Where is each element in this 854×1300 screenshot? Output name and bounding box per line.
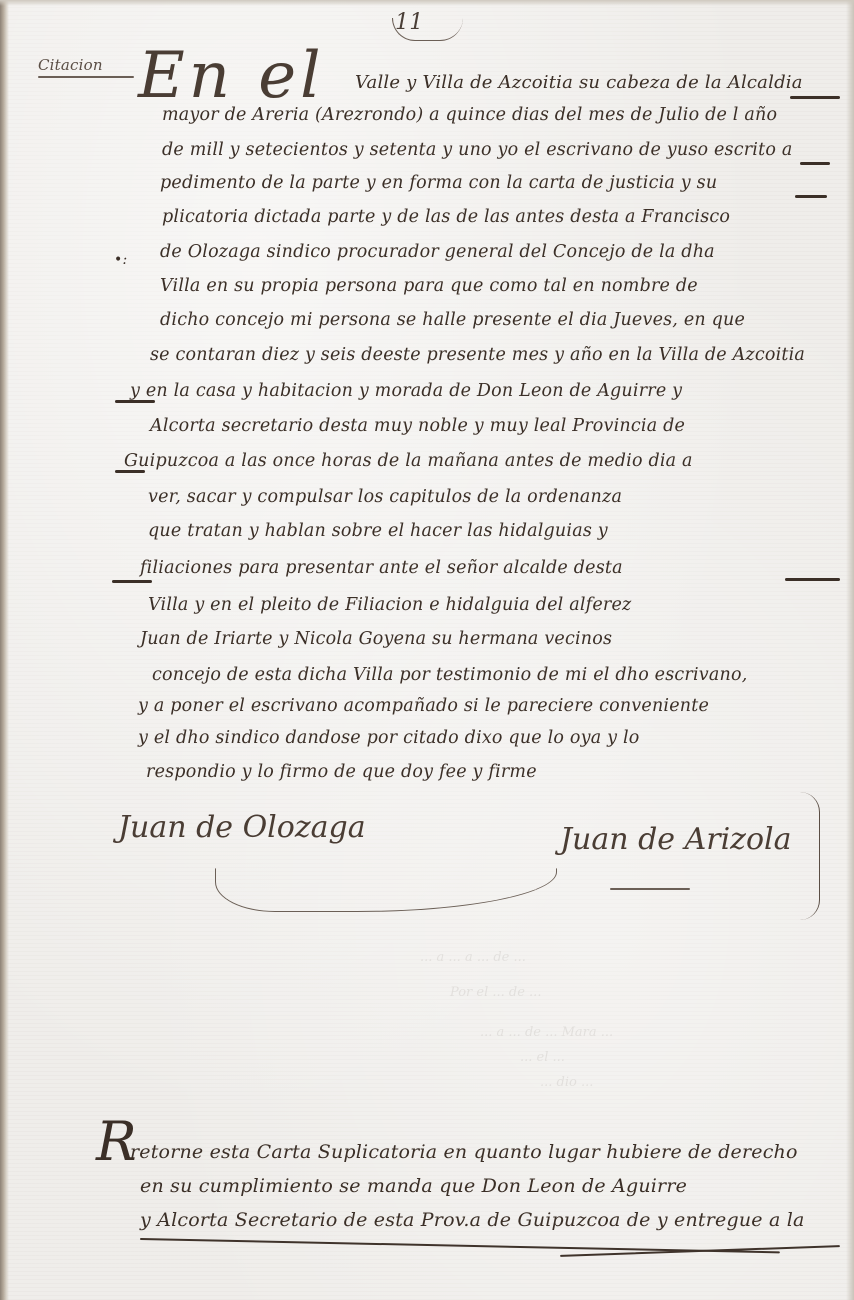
signature-stroke-right — [610, 888, 690, 890]
body-line: concejo de esta dicha Villa por testimon… — [152, 664, 747, 686]
body-line: ver, sacar y compulsar los capitulos de … — [148, 486, 622, 508]
bottom-note: R retorne esta Carta Suplicatoria en qua… — [0, 1090, 854, 1270]
body-line: pedimento de la parte y en forma con la … — [160, 172, 717, 194]
bottom-note-line: en su cumplimiento se manda que Don Leon… — [140, 1174, 687, 1198]
signatures: Juan de Olozaga Juan de Arizola — [0, 780, 854, 940]
line-flourish — [800, 162, 830, 165]
body-line: mayor de Areria (Arezrondo) a quince dia… — [162, 104, 777, 126]
body-line: Valle y Villa de Azcoitia su cabeza de l… — [355, 72, 803, 94]
bottom-note-line: retorne esta Carta Suplicatoria en quant… — [130, 1140, 798, 1164]
bleed-line: ... dio ... — [540, 1075, 593, 1090]
manuscript-page: 11 Citacion •: En el Valle y Villa de Az… — [0, 0, 854, 1300]
line-flourish — [115, 400, 155, 403]
line-flourish — [785, 578, 840, 581]
bleed-through-text: ... a ... a ... de ... Por el ... de ...… — [0, 930, 854, 1090]
body-line: y el dho sindico dandose por citado dixo… — [138, 727, 640, 749]
body-line: y en la casa y habitacion y morada de Do… — [130, 380, 682, 402]
bleed-line: ... el ... — [520, 1050, 565, 1065]
body-line: filiaciones para presentar ante el señor… — [140, 557, 623, 579]
body-line: Guipuzcoa a las once horas de la mañana … — [124, 450, 693, 472]
body-line: Juan de Iriarte y Nicola Goyena su herma… — [140, 628, 612, 650]
signature-paraph-left — [215, 868, 557, 912]
signature-left: Juan de Olozaga — [118, 810, 366, 845]
body-line: que tratan y hablan sobre el hacer las h… — [148, 520, 608, 542]
body-line: se contaran diez y seis deeste presente … — [150, 344, 805, 366]
body-line: de mill y setecientos y setenta y uno yo… — [162, 139, 792, 161]
line-flourish — [112, 580, 152, 583]
body-line: Villa y en el pleito de Filiacion e hida… — [148, 594, 631, 616]
line-flourish — [795, 195, 827, 198]
body-text: Valle y Villa de Azcoitia su cabeza de l… — [0, 0, 854, 800]
body-line: de Olozaga sindico procurador general de… — [160, 241, 715, 263]
bleed-line: Por el ... de ... — [450, 985, 541, 1000]
body-line: y a poner el escrivano acompañado si le … — [138, 695, 709, 717]
line-flourish — [790, 96, 840, 99]
signature-paraph-right — [795, 792, 820, 920]
bottom-note-line: y Alcorta Secretario de esta Prov.a de G… — [140, 1208, 805, 1232]
body-line: Alcorta secretario desta muy noble y muy… — [150, 415, 685, 437]
bleed-line: ... a ... de ... Mara ... — [480, 1025, 613, 1040]
body-line: Villa en su propia persona para que como… — [160, 275, 698, 297]
body-line: plicatoria dictada parte y de las de las… — [162, 206, 730, 228]
bleed-line: ... a ... a ... de ... — [420, 950, 526, 965]
signature-right: Juan de Arizola — [560, 822, 792, 857]
body-line: dicho concejo mi persona se halle presen… — [160, 309, 745, 331]
line-flourish — [115, 470, 145, 473]
